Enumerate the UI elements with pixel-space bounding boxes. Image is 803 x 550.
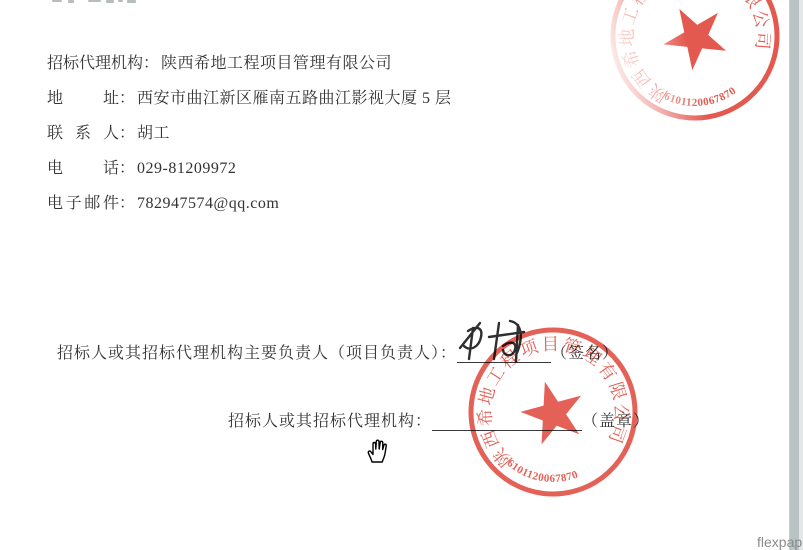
agency-seal-line: 招标人或其招标代理机构：（盖章） [228,408,650,431]
seal-line-suffix: （盖章） [582,413,650,430]
address-label: 地址 [47,89,119,108]
signature-blank [457,347,551,363]
seal-star: ★ [641,0,750,94]
email-label: 电子邮件 [47,194,119,213]
agency-name-row: 招标代理机构：陕西希地工程项目管理有限公司 [47,54,452,73]
contact-person-value: 胡工 [137,125,170,142]
phone-label: 电话 [47,159,119,178]
email-row: 电子邮件：782947574@qq.com [47,194,452,213]
agency-info-block: 招标代理机构：陕西希地工程项目管理有限公司 地址：西安市曲江新区雁南五路曲江影视… [47,54,452,229]
svg-text:6101120067870: 6101120067870 [659,61,739,130]
address-row: 地址：西安市曲江新区雁南五路曲江影视大厦 5 层 [47,89,452,108]
viewer-gutter [799,0,803,550]
scrollbar[interactable] [790,0,799,550]
seal-blank [432,415,582,431]
contact-person-row: 联系人：胡工 [47,124,452,143]
phone-row: 电话：029-81209972 [47,159,452,178]
flexpaper-watermark: flexpap [757,534,802,550]
agency-name-label: 招标代理机构 [47,54,143,73]
signature-line-text: 招标人或其招标代理机构主要负责人（项目负责人）： [57,345,457,362]
contact-person-label: 联系人 [47,124,119,143]
phone-value: 029-81209972 [137,160,236,177]
responsible-person-signature-line: 招标人或其招标代理机构主要负责人（项目负责人）： （签名） [57,340,619,363]
company-seal-top-right: ★ 陕西希地工程项目管理有限公司 6101120067870 [558,0,803,173]
handwritten-signature [452,315,557,370]
svg-text:6101120067870: 6101120067870 [503,442,580,498]
signature-line-suffix: （签名） [551,345,619,362]
hand-grab-cursor-icon [364,436,390,464]
address-value: 西安市曲江新区雁南五路曲江影视大厦 5 层 [137,90,452,107]
agency-name-value: 陕西希地工程项目管理有限公司 [161,55,392,72]
seal-line-text: 招标人或其招标代理机构： [228,413,432,430]
email-value: 782947574@qq.com [137,195,279,212]
svg-text:陕西希地工程项目管理有限公司: 陕西希地工程项目管理有限公司 [588,0,790,121]
document-viewer-page[interactable]: 招标代理机构：陕西希地工程项目管理有限公司 地址：西安市曲江新区雁南五路曲江影视… [0,0,803,550]
